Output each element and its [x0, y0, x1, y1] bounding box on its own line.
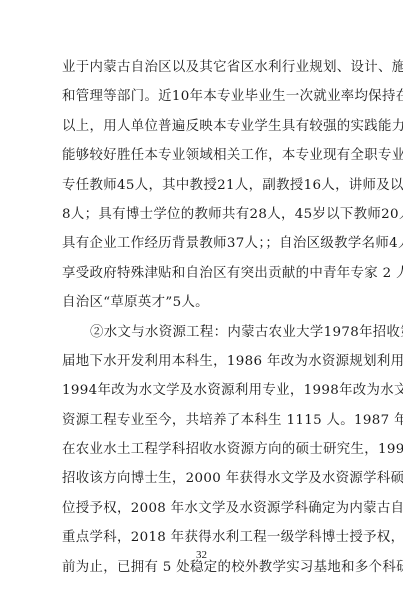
document-page: 业于内蒙古自治区以及其它省区水利行业规划、设计、施工 和管理等部门。近10年本专… [0, 0, 403, 604]
text-line: 届地下水开发利用本科生，1986 年改为水资源规划利用专业， [62, 347, 358, 376]
text-line: 能够较好胜任本专业领域相关工作，本专业现有全职专业课 [62, 141, 358, 170]
page-number: 32 [0, 549, 403, 561]
text-line: 招收该方向博士生，2000 年获得水文学及水资源学科硕士学 [62, 464, 358, 493]
text-line: 和管理等部门。近10年本专业毕业生一次就业率均保持在80% [62, 82, 358, 111]
text-line: 享受政府特殊津贴和自治区有突出贡献的中青年专家 2 人， [62, 259, 358, 288]
paragraph-heading-line: ②水文与水资源工程：内蒙古农业大学1978年招收第一 [62, 318, 358, 347]
text-line: 具有企业工作经历背景教师37人；；自治区级教学名师4人。 [62, 229, 358, 258]
text-line: 专任教师45人，其中教授21人，副教授16人，讲师及以下 [62, 171, 358, 200]
text-line: 在农业水土工程学科招收水资源方向的硕士研究生，1999 年 [62, 435, 358, 464]
text-line-paragraph-end: 自治区“草原英才”5人。 [62, 288, 358, 317]
body-text: 业于内蒙古自治区以及其它省区水利行业规划、设计、施工 和管理等部门。近10年本专… [62, 53, 358, 582]
text-line: 业于内蒙古自治区以及其它省区水利行业规划、设计、施工 [62, 53, 358, 82]
text-line: 1994年改为水文学及水资源利用专业，1998年改为水文与水 [62, 376, 358, 405]
text-line: 8人；具有博士学位的教师共有28人，45岁以下教师20人， [62, 200, 358, 229]
text-line: 资源工程专业至今，共培养了本科生 1115 人。1987 年开始 [62, 406, 358, 435]
text-line: 以上，用人单位普遍反映本专业学生具有较强的实践能力， [62, 112, 358, 141]
text-line: 位授予权，2008 年水文学及水资源学科确定为内蒙古自治区 [62, 494, 358, 523]
